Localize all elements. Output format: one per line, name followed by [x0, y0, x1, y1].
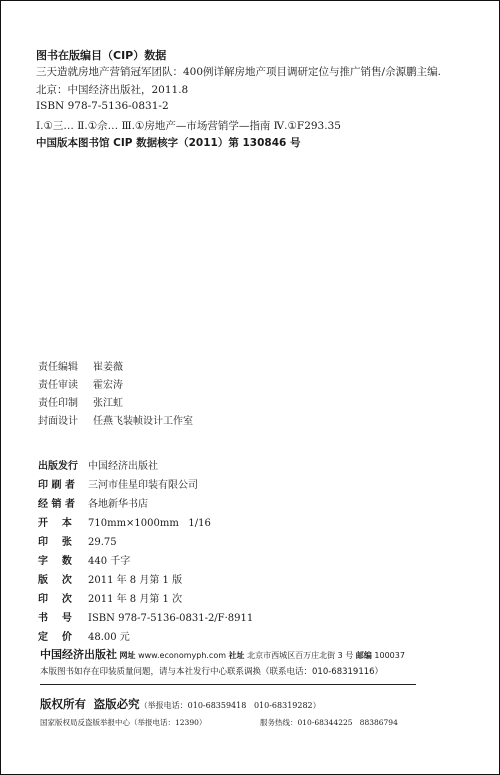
- credit-row: 责任编辑崔姜薇: [38, 359, 193, 377]
- publication-block: 出版发行中国经济出版社 印 刷 者三河市佳星印装有限公司 经 销 者各地新华书店…: [38, 457, 253, 647]
- pub-row: 印 次2011 年 8 月第 1 次: [38, 590, 253, 609]
- publisher-info-line: 中国经济出版社 网址 www.economyph.com 社址 北京市西城区百万…: [40, 646, 405, 662]
- pub-row: 书 号ISBN 978-7-5136-0831-2/F·8911: [38, 609, 253, 628]
- credit-row: 责任审读霍宏涛: [38, 377, 193, 395]
- pub-row: 定 价48.00 元: [38, 628, 253, 647]
- pub-row: 字 数440 千字: [38, 552, 253, 571]
- cip-verification: 中国版本图书馆 CIP 数据核字（2011）第 130846 号: [36, 135, 301, 150]
- service-hotline: 服务热线：010-68344225 88386794: [260, 717, 398, 728]
- publisher-name: 中国经济出版社: [40, 648, 117, 661]
- credits-block: 责任编辑崔姜薇 责任审读霍宏涛 责任印制张江虹 封面设计任燕飞装帧设计工作室: [38, 359, 193, 431]
- pub-row: 印 张29.75: [38, 533, 253, 552]
- cip-line-title: 三天造就房地产营销冠军团队：400例详解房地产项目调研定位与推广销售/佘源鹏主编…: [36, 64, 441, 79]
- pub-row: 经 销 者各地新华书店: [38, 495, 253, 514]
- divider: [40, 684, 416, 685]
- pub-row: 出版发行中国经济出版社: [38, 457, 253, 476]
- pub-row: 版 次2011 年 8 月第 1 版: [38, 571, 253, 590]
- pub-row: 开 本710mm×1000mm 1/16: [38, 514, 253, 533]
- copyright-line: 版权所有 盗版必究（举报电话：010-68359418 010-68319282…: [40, 696, 321, 712]
- pub-row: 印 刷 者三河市佳星印装有限公司: [38, 476, 253, 495]
- cip-line-isbn: ISBN 978-7-5136-0831-2: [36, 100, 169, 112]
- credit-row: 责任印制张江虹: [38, 395, 193, 413]
- website-link[interactable]: www.economyph.com: [138, 651, 226, 660]
- credit-row: 封面设计任燕飞装帧设计工作室: [38, 413, 193, 431]
- quality-notice: 本版图书如存在印装质量问题，请与本社发行中心联系调换（联系电话：010-6831…: [40, 665, 383, 677]
- copyright-office-line: 国家版权局反盗版举报中心（举报电话：12390）: [40, 717, 206, 728]
- cip-title: 图书在版编目（CIP）数据: [36, 47, 166, 63]
- cip-line-publisher: 北京：中国经济出版社，2011.8: [36, 82, 188, 97]
- cip-line-classification: Ⅰ.①三… Ⅱ.①佘… Ⅲ.①房地产—市场营销学—指南 Ⅳ.①F293.35: [36, 118, 341, 133]
